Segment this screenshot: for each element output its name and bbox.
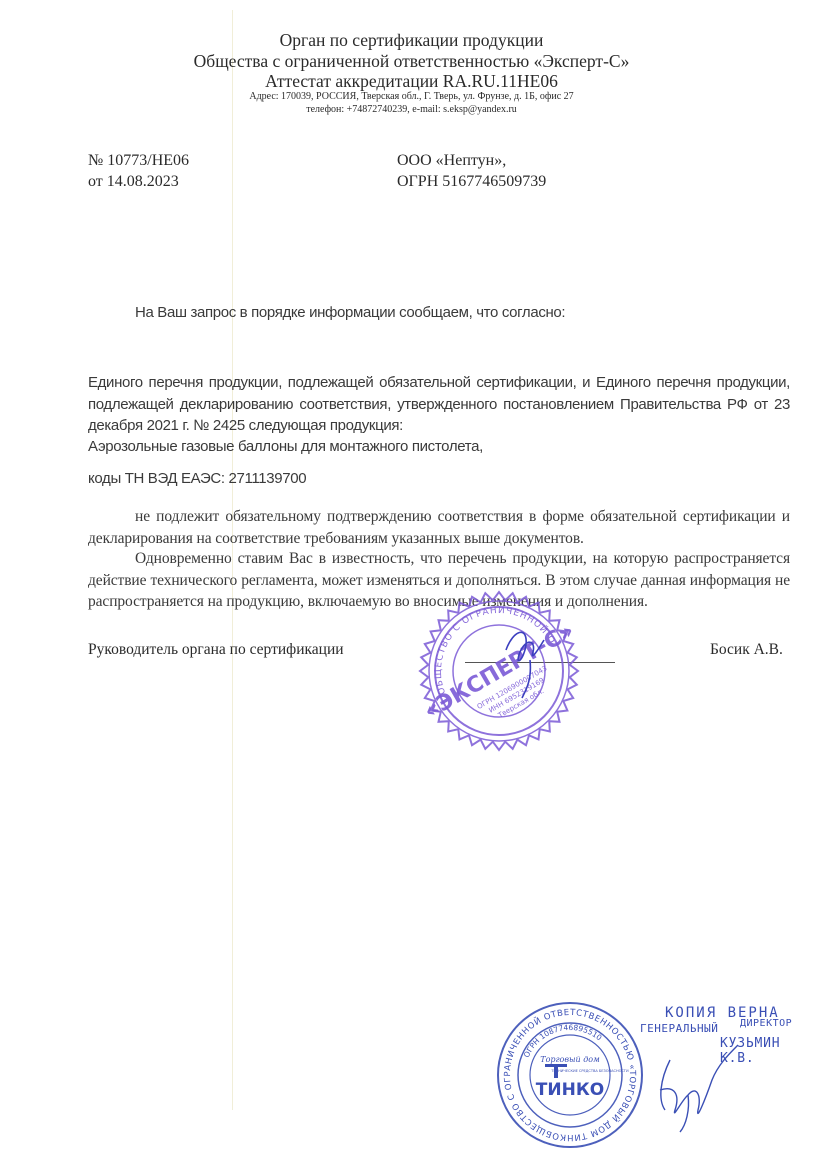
signatory-name: Босик А.В. [710, 641, 783, 659]
intro-paragraph: На Ваш запрос в порядке информации сообщ… [88, 302, 790, 324]
svg-text:ТЕХНИЧЕСКИЕ СРЕДСТВА БЕЗОПАСНО: ТЕХНИЧЕСКИЕ СРЕДСТВА БЕЗОПАСНОСТИ [550, 1069, 629, 1073]
org-contacts: телефон: +74872740239, e-mail: s.eksp@ya… [0, 104, 823, 116]
recipient-name: ООО «Нептун», [397, 150, 546, 171]
document-reference: № 10773/НЕ06 от 14.08.2023 [88, 150, 189, 192]
codes-paragraph: коды ТН ВЭД ЕАЭС: 2711139700 [88, 468, 790, 490]
basis-paragraph: Единого перечня продукции, подлежащей об… [88, 372, 790, 437]
document-number: № 10773/НЕ06 [88, 150, 189, 171]
org-address: Адрес: 170039, РОССИЯ, Тверская обл., Г.… [0, 91, 823, 103]
recipient-ogrn: ОГРН 5167746509739 [397, 171, 546, 192]
document-date: от 14.08.2023 [88, 171, 189, 192]
recipient: ООО «Нептун», ОГРН 5167746509739 [397, 150, 546, 192]
conclusion-paragraph: не подлежит обязательному подтверждению … [88, 506, 790, 549]
certification-stamp: ОБЩЕСТВО С ОГРАНИЧЕННОЙ ОТВЕТСТВЕННОСТЬЮ… [418, 590, 580, 752]
org-company: Общества с ограниченной ответственностью… [0, 51, 823, 71]
copy-position-right: ДИРЕКТОР [740, 1018, 792, 1029]
product-paragraph: Аэрозольные газовые баллоны для монтажно… [88, 436, 790, 458]
signatory-role: Руководитель органа по сертификации [88, 641, 344, 659]
copy-position-left: ГЕНЕРАЛЬНЫЙ [640, 1022, 718, 1035]
accreditation: Аттестат аккредитации RA.RU.11НЕ06 [0, 71, 823, 91]
company-stamp: ОБЩЕСТВО С ОГРАНИЧЕННОЙ ОТВЕТСТВЕННОСТЬЮ… [495, 1000, 645, 1150]
director-signature [650, 1040, 740, 1135]
org-name: Орган по сертификации продукции [0, 30, 823, 50]
svg-text:ТИНКО: ТИНКО [536, 1080, 604, 1100]
svg-text:Торговый дом: Торговый дом [540, 1055, 600, 1064]
